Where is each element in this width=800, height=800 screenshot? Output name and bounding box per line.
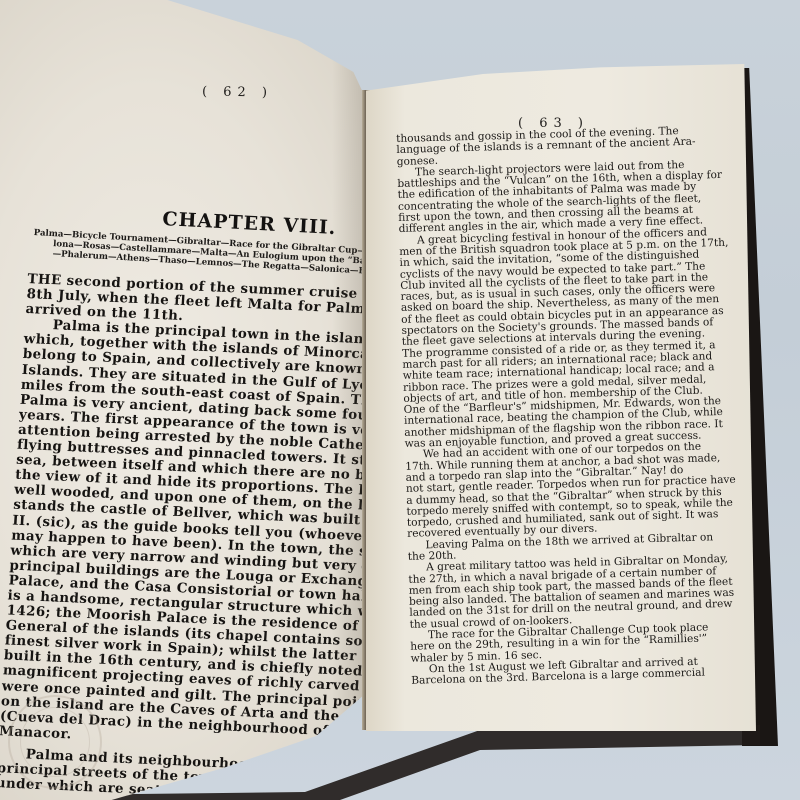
chapter-title: CHAPTER VIII. [162,208,337,239]
left-page: ( 62 ) CHAPTER VIII. Palma—Bicycle Tourn… [0,0,372,800]
open-book-photo: ( 62 ) CHAPTER VIII. Palma—Bicycle Tourn… [0,0,800,800]
left-page-number: ( 62 ) [202,84,273,100]
library-stamp-watermark [8,695,102,789]
right-page-body: thousands and gossip in the cool of the … [396,126,711,688]
right-page: ( 63 ) thousands and gossip in the cool … [366,64,756,731]
